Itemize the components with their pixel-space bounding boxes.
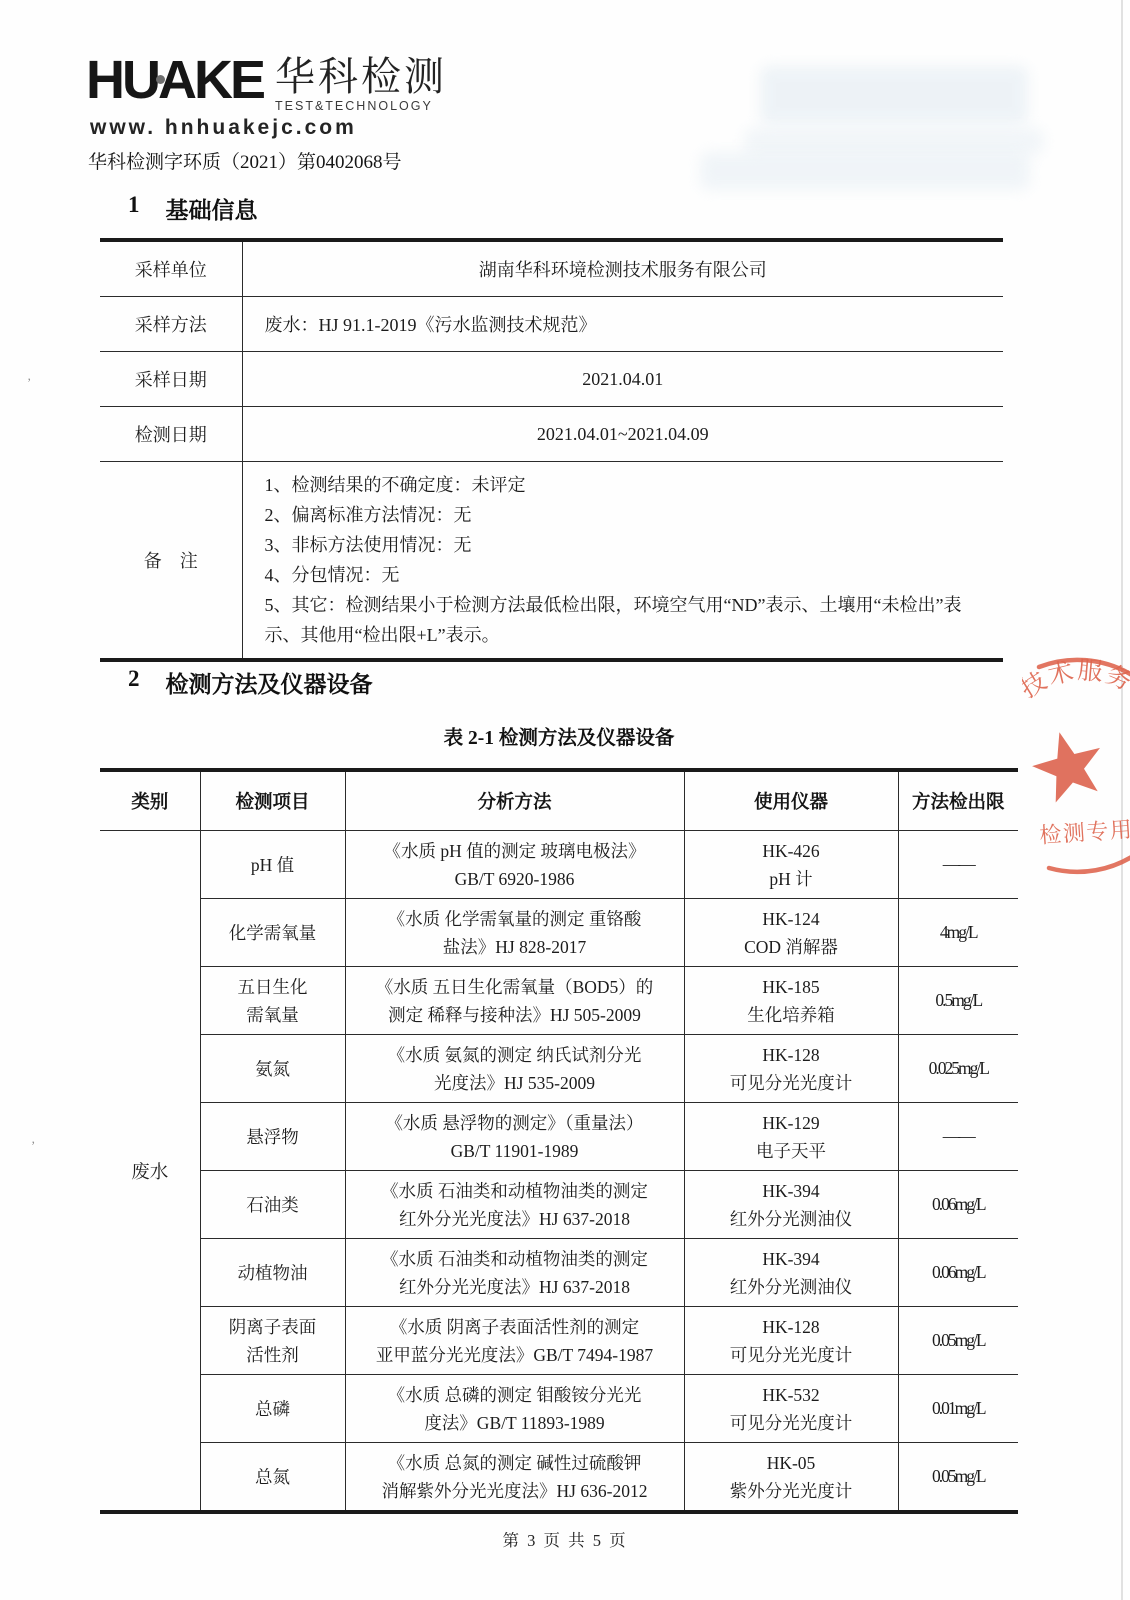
item-cell: 石油类 bbox=[200, 1171, 345, 1239]
detection-limit-cell: 0.06mg/L bbox=[898, 1239, 1018, 1307]
page-footer: 第 3 页 共 5 页 bbox=[0, 1527, 1130, 1551]
scan-speck: ’ bbox=[31, 1138, 35, 1154]
detection-limit-cell: 0.06mg/L bbox=[898, 1171, 1018, 1239]
detection-limit-cell: 0.05mg/L bbox=[898, 1307, 1018, 1375]
remark-line: 3、非标方法使用情况：无 bbox=[265, 530, 988, 560]
bleed-through-ghost bbox=[744, 128, 1044, 154]
table-caption: 表 2-1 检测方法及仪器设备 bbox=[100, 722, 1018, 750]
detection-limit-cell: 0.025mg/L bbox=[898, 1035, 1018, 1103]
document-number: 华科检测字环质（2021）第0402068号 bbox=[88, 147, 402, 174]
method-cell: 《水质 化学需氧量的测定 重铬酸 盐法》HJ 828-2017 bbox=[345, 899, 684, 967]
item-cell: 五日生化 需氧量 bbox=[200, 967, 345, 1035]
remark-line: 2、偏离标准方法情况：无 bbox=[265, 500, 988, 530]
detection-limit-cell: —— bbox=[898, 1103, 1018, 1171]
logo-chinese-name: 华科检测 bbox=[275, 56, 447, 98]
detection-limit-cell: 0.05mg/L bbox=[898, 1443, 1018, 1513]
detection-limit-cell: 0.01mg/L bbox=[898, 1375, 1018, 1443]
company-seal-stamp: 技术服务有限 检测专用章 bbox=[1022, 650, 1130, 885]
col-header-method: 分析方法 bbox=[345, 770, 684, 831]
col-header-item: 检测项目 bbox=[200, 770, 345, 831]
section1-title: 基础信息 bbox=[166, 192, 258, 225]
item-cell: 阴离子表面 活性剂 bbox=[200, 1307, 345, 1375]
seal-arc-text: 技术服务有限 bbox=[1022, 657, 1130, 736]
remark-label: 备 注 bbox=[100, 462, 242, 661]
method-cell: 《水质 五日生化需氧量（BOD5）的 测定 稀释与接种法》HJ 505-2009 bbox=[345, 967, 684, 1035]
method-cell: 《水质 石油类和动植物油类的测定 红外分光光度法》HJ 637-2018 bbox=[345, 1171, 684, 1239]
instrument-cell: HK-129 电子天平 bbox=[684, 1103, 898, 1171]
remark-line: 5、其它：检测结果小于检测方法最低检出限，环境空气用“ND”表示、土壤用“未检出… bbox=[265, 590, 988, 650]
remark-line: 4、分包情况：无 bbox=[265, 560, 988, 590]
logo-dot-icon bbox=[156, 75, 165, 84]
col-header-instrument: 使用仪器 bbox=[684, 770, 898, 831]
section1-number: 1 bbox=[128, 192, 140, 225]
detection-limit-cell: —— bbox=[898, 831, 1018, 899]
instrument-cell: HK-185 生化培养箱 bbox=[684, 967, 898, 1035]
item-cell: 总氮 bbox=[200, 1443, 345, 1513]
star-icon bbox=[1032, 732, 1100, 802]
logo-tagline: TEST&TECHNOLOGY bbox=[275, 99, 447, 113]
website-text: www. hnhuakejc.com bbox=[90, 116, 357, 140]
item-cell: 悬浮物 bbox=[200, 1103, 345, 1171]
row-value: 湖南华科环境检测技术服务有限公司 bbox=[242, 240, 1003, 297]
logo-text: HUAKE bbox=[86, 50, 263, 110]
basic-info-table: 采样单位 湖南华科环境检测技术服务有限公司 采样方法 废水：HJ 91.1-20… bbox=[100, 238, 1003, 662]
method-cell: 《水质 总磷的测定 钼酸铵分光光 度法》GB/T 11893-1989 bbox=[345, 1375, 684, 1443]
remarks-cell: 1、检测结果的不确定度：未评定 2、偏离标准方法情况：无 3、非标方法使用情况：… bbox=[242, 462, 1003, 661]
row-label: 采样日期 bbox=[100, 352, 242, 407]
instrument-cell: HK-426 pH 计 bbox=[684, 831, 898, 899]
method-cell: 《水质 阴离子表面活性剂的测定 亚甲蓝分光光度法》GB/T 7494-1987 bbox=[345, 1307, 684, 1375]
instrument-cell: HK-394 红外分光测油仪 bbox=[684, 1239, 898, 1307]
method-cell: 《水质 悬浮物的测定》（重量法） GB/T 11901-1989 bbox=[345, 1103, 684, 1171]
bleed-through-ghost bbox=[760, 66, 1028, 124]
instrument-cell: HK-128 可见分光光度计 bbox=[684, 1035, 898, 1103]
row-label: 采样方法 bbox=[100, 297, 242, 352]
section1-heading: 1 基础信息 bbox=[128, 192, 258, 225]
seal-bottom-text: 检测专用章 bbox=[1039, 815, 1130, 848]
company-logo: HUAKE 华科检测 TEST&TECHNOLOGY bbox=[86, 54, 447, 113]
scan-speck: ‚ bbox=[27, 368, 31, 384]
section2-title: 检测方法及仪器设备 bbox=[166, 666, 373, 699]
section2-heading: 2 检测方法及仪器设备 bbox=[128, 666, 373, 699]
detection-limit-cell: 0.5mg/L bbox=[898, 967, 1018, 1035]
method-cell: 《水质 pH 值的测定 玻璃电极法》 GB/T 6920-1986 bbox=[345, 831, 684, 899]
instrument-cell: HK-532 可见分光光度计 bbox=[684, 1375, 898, 1443]
section2-number: 2 bbox=[128, 666, 140, 699]
scanned-report-page: { "header": { "brand_en": "HUAKE", "bran… bbox=[0, 0, 1130, 1600]
bleed-through-ghost bbox=[700, 152, 1030, 190]
item-cell: 化学需氧量 bbox=[200, 899, 345, 967]
method-cell: 《水质 氨氮的测定 纳氏试剂分光 光度法》HJ 535-2009 bbox=[345, 1035, 684, 1103]
item-cell: 总磷 bbox=[200, 1375, 345, 1443]
instrument-cell: HK-128 可见分光光度计 bbox=[684, 1307, 898, 1375]
row-label: 采样单位 bbox=[100, 240, 242, 297]
method-cell: 《水质 石油类和动植物油类的测定 红外分光光度法》HJ 637-2018 bbox=[345, 1239, 684, 1307]
item-cell: 氨氮 bbox=[200, 1035, 345, 1103]
col-header-category: 类别 bbox=[100, 770, 200, 831]
method-cell: 《水质 总氮的测定 碱性过硫酸钾 消解紫外分光光度法》HJ 636-2012 bbox=[345, 1443, 684, 1513]
remark-line: 1、检测结果的不确定度：未评定 bbox=[265, 470, 988, 500]
item-cell: 动植物油 bbox=[200, 1239, 345, 1307]
instrument-cell: HK-05 紫外分光光度计 bbox=[684, 1443, 898, 1513]
category-cell: 废水 bbox=[100, 831, 200, 1513]
row-value: 2021.04.01 bbox=[242, 352, 1003, 407]
row-value: 2021.04.01~2021.04.09 bbox=[242, 407, 1003, 462]
row-value: 废水：HJ 91.1-2019《污水监测技术规范》 bbox=[242, 297, 1003, 352]
instrument-cell: HK-124 COD 消解器 bbox=[684, 899, 898, 967]
item-cell: pH 值 bbox=[200, 831, 345, 899]
col-header-limit: 方法检出限 bbox=[898, 770, 1018, 831]
logo-wordmark: HUAKE bbox=[86, 54, 263, 106]
row-label: 检测日期 bbox=[100, 407, 242, 462]
instrument-cell: HK-394 红外分光测油仪 bbox=[684, 1171, 898, 1239]
methods-table: 类别 检测项目 分析方法 使用仪器 方法检出限 废水 pH 值 《水质 pH 值… bbox=[100, 768, 1018, 1514]
detection-limit-cell: 4mg/L bbox=[898, 899, 1018, 967]
